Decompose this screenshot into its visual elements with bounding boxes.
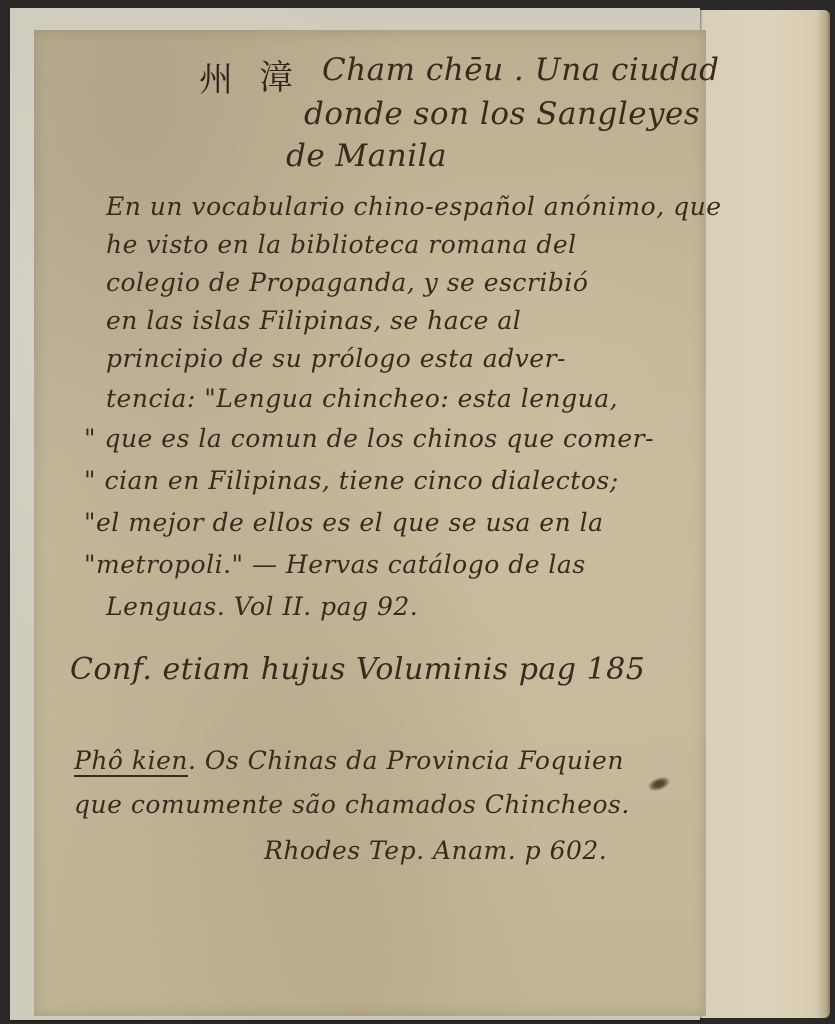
paragraph1-line: "metropoli." — Hervas catálogo de las	[84, 550, 586, 579]
paragraph2-line-2: que comumente são chamados Chincheos.	[74, 790, 630, 819]
paragraph1-line: Lenguas. Vol II. pag 92.	[106, 592, 418, 621]
paragraph1-line: he visto en la biblioteca romana del	[106, 230, 577, 259]
paragraph1-line: " cian en Filipinas, tiene cinco dialect…	[84, 466, 619, 495]
underlined-term: Phô kien	[74, 746, 188, 775]
heading-line-2: donde son los Sangleyes	[304, 96, 700, 132]
paragraph1-line: tencia: "Lengua chincheo: esta lengua,	[106, 384, 618, 413]
paragraph1-line: principio de su prólogo esta adver-	[106, 344, 566, 373]
heading-line-1: Cham chēu . Una ciudad	[322, 52, 719, 88]
paragraph2-line-1: . Os Chinas da Provincia Foquien	[188, 746, 624, 775]
heading-line-3: de Manila	[286, 138, 447, 174]
paragraph1-line: En un vocabulario chino-español anónimo,…	[106, 192, 722, 221]
facing-book-page	[690, 10, 830, 1018]
scan-scene: 州 漳 Cham chēu . Una ciudad donde son los…	[0, 0, 835, 1024]
paragraph1-line: en las islas Filipinas, se hace al	[106, 306, 521, 335]
hanzi-zhang: 漳	[259, 50, 294, 99]
paragraph1-line: colegio de Propaganda, y se escribió	[106, 268, 588, 297]
paragraph1-line: "el mejor de ellos es el que se usa en l…	[84, 508, 604, 537]
manuscript-leaf: 州 漳 Cham chēu . Una ciudad donde son los…	[34, 30, 706, 1016]
cross-reference-note: Conf. etiam hujus Voluminis pag 185	[70, 652, 645, 687]
hanzi-zhou: 州	[199, 52, 234, 101]
mounting-sheet: 州 漳 Cham chēu . Una ciudad donde son los…	[10, 8, 700, 1020]
paragraph1-line: " que es la comun de los chinos que come…	[84, 424, 654, 453]
ink-blot	[647, 775, 672, 794]
citation-line: Rhodes Tep. Anam. p 602.	[264, 836, 607, 865]
